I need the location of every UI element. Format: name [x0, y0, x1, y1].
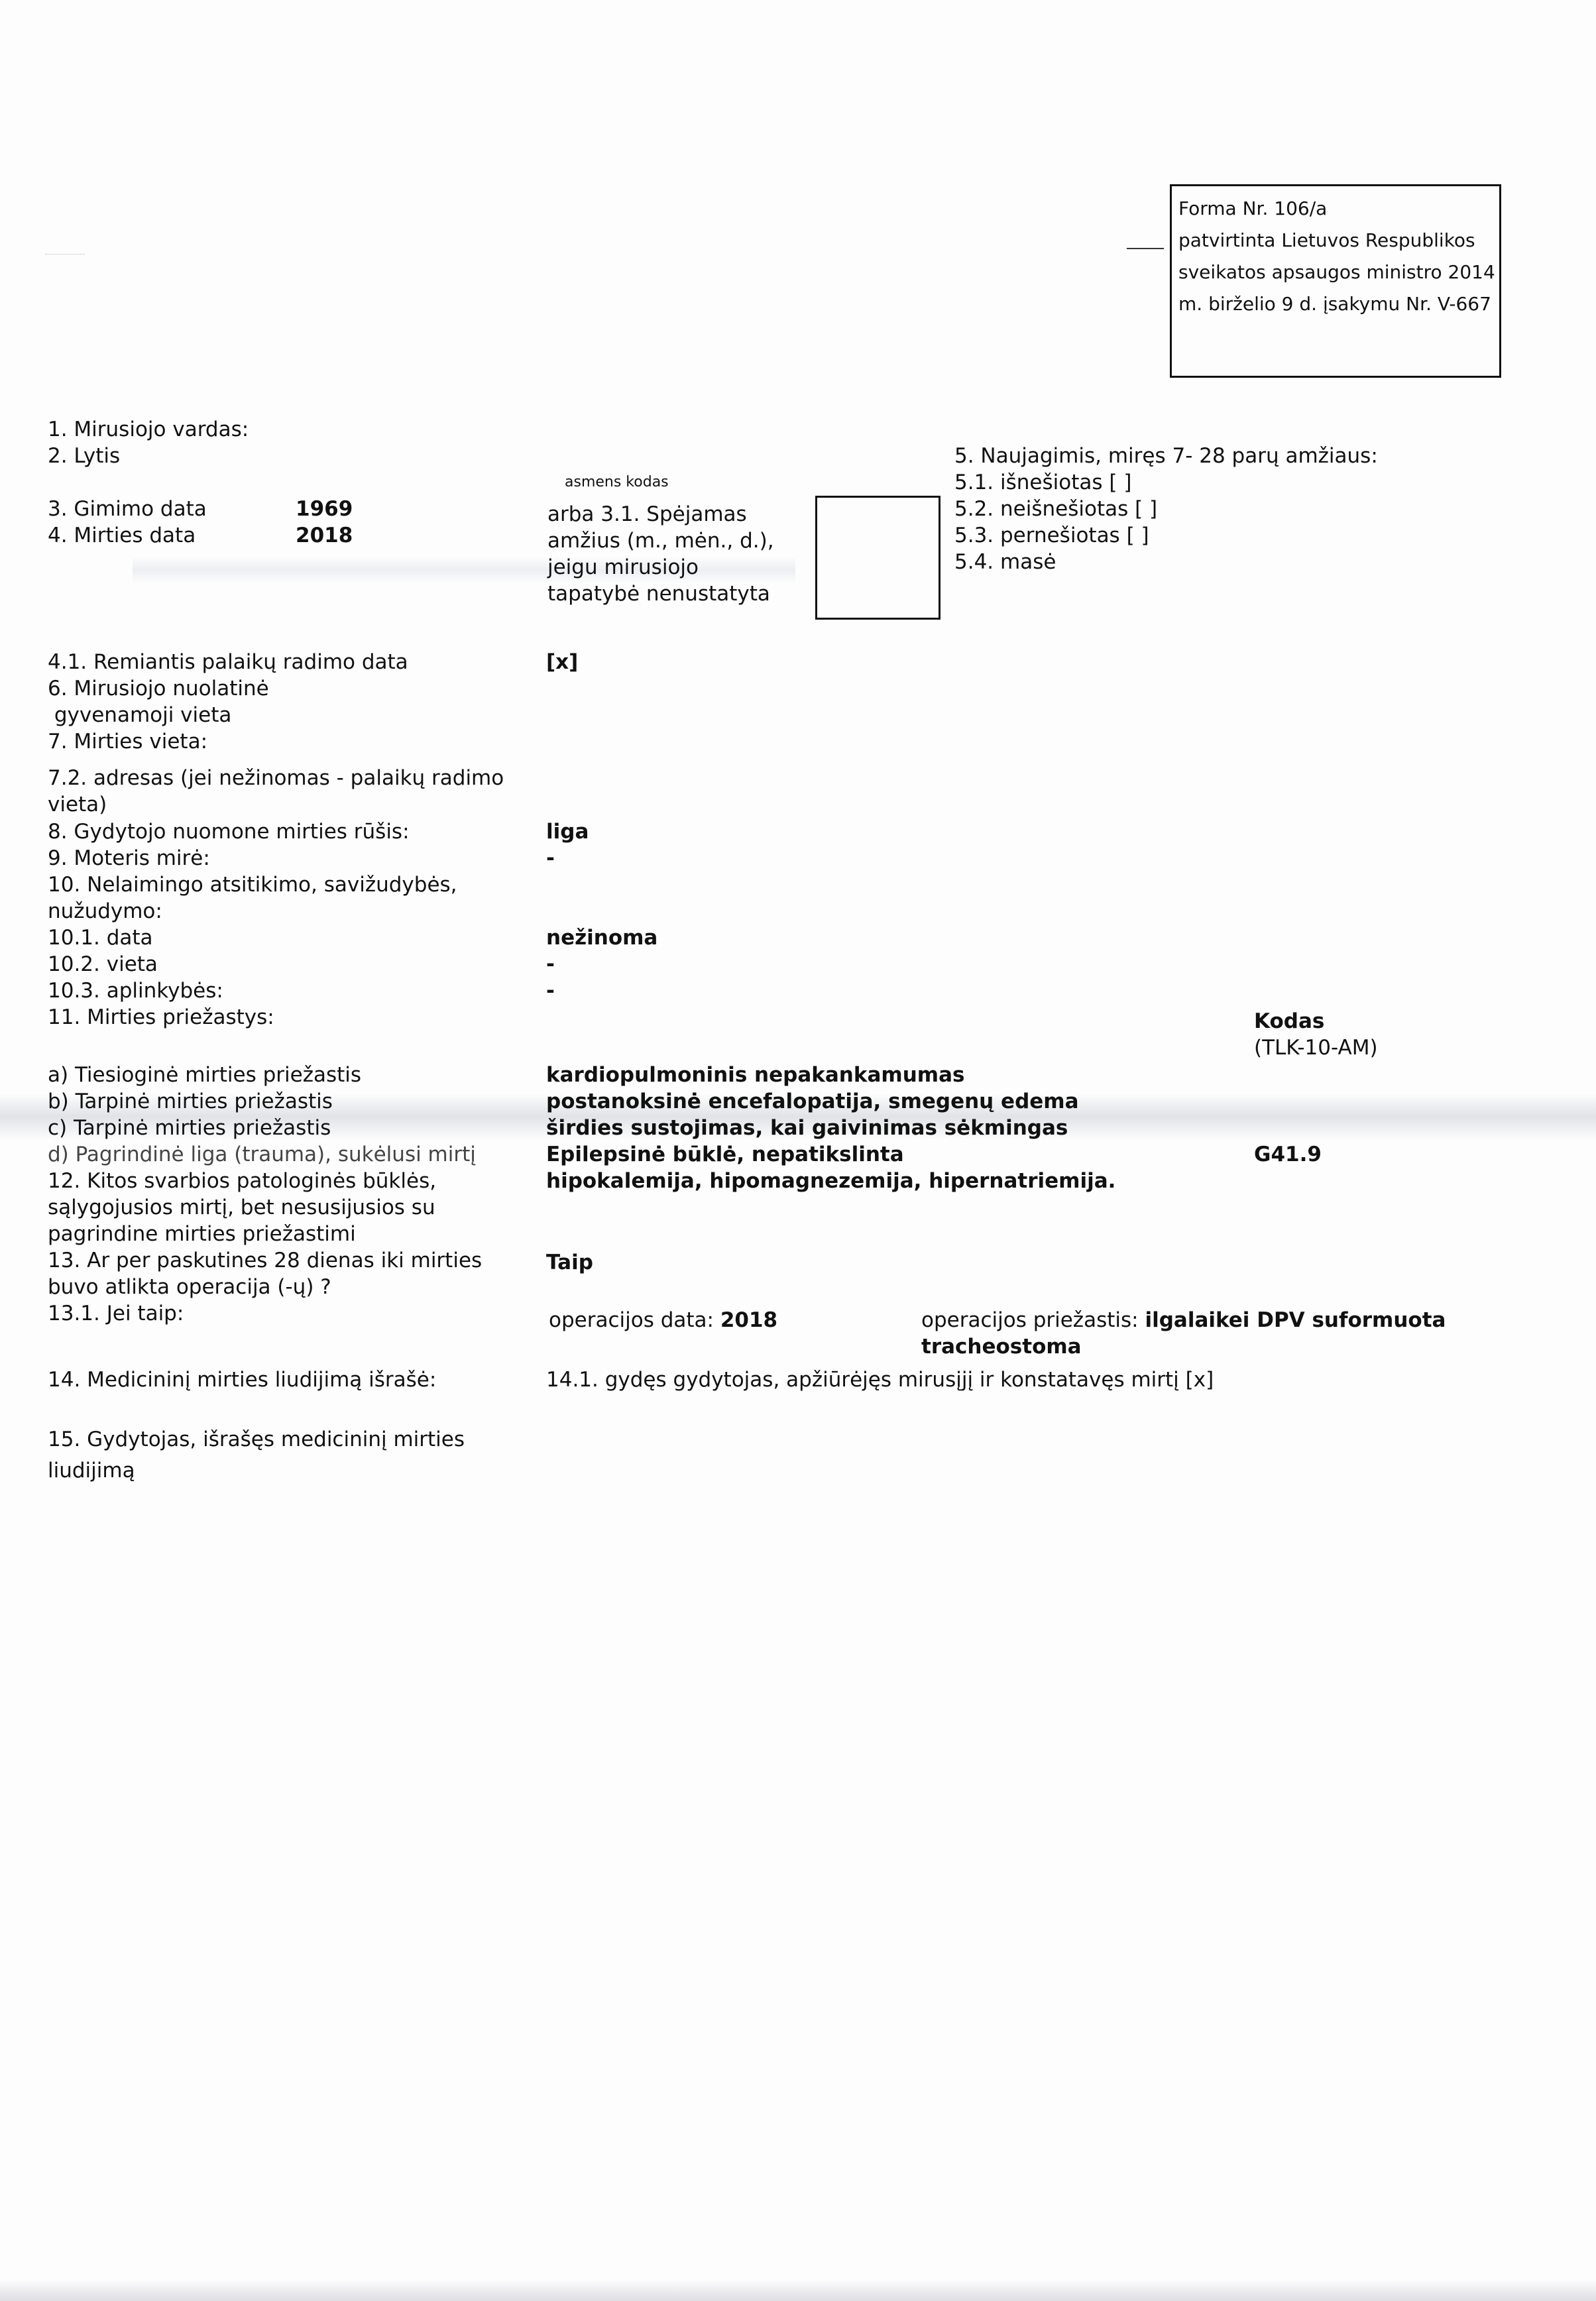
field-other-conditions-label-cont: sąlygojusios mirtį, bet nesusijusios su: [48, 1194, 435, 1221]
form-approval-box: Forma Nr. 106/a patvirtinta Lietuvos Res…: [1170, 184, 1501, 378]
field-circumstances-value: -: [546, 978, 555, 1004]
cause-b-label: b) Tarpinė mirties priežastis: [48, 1088, 333, 1115]
estimated-age-line: jeigu mirusiojo: [547, 554, 699, 581]
field-death-type-label: 8. Gydytojo nuomone mirties rūšis:: [48, 818, 410, 845]
scan-edge: [0, 2280, 1596, 2301]
operation-reason-label: operacijos priežastis:: [921, 1308, 1145, 1332]
field-accident-date-label: 10.1. data: [48, 925, 153, 951]
cause-d-code: G41.9: [1254, 1141, 1322, 1168]
cause-b-value: postanoksinė encefalopatija, smegenų ede…: [546, 1088, 1079, 1115]
estimated-age-box: [815, 496, 940, 620]
field-other-conditions-label: 12. Kitos svarbios patologinės būklės,: [48, 1168, 436, 1194]
newborn-title: 5. Naujagimis, miręs 7- 28 parų amžiaus:: [954, 443, 1378, 469]
code-column-subtitle: (TLK-10-AM): [1254, 1035, 1378, 1061]
field-death-date-label: 4. Mirties data: [48, 522, 196, 549]
operation-date-label: operacijos data:: [549, 1308, 720, 1332]
field-operation-label: 13. Ar per paskutines 28 dienas iki mirt…: [48, 1247, 482, 1274]
operation-reason: operacijos priežastis: ilgalaikei DPV su…: [921, 1307, 1446, 1333]
code-column-title: Kodas: [1254, 1008, 1324, 1035]
field-physician-label: 15. Gydytojas, išrašęs medicininį mirtie…: [48, 1426, 465, 1453]
field-woman-died-value: -: [546, 845, 555, 871]
estimated-age-line: amžius (m., mėn., d.),: [547, 528, 774, 554]
field-remains-date-value: [x]: [546, 649, 578, 675]
cause-a-label: a) Tiesioginė mirties priežastis: [48, 1062, 361, 1088]
operation-reason-value: ilgalaikei DPV suformuota: [1145, 1308, 1446, 1332]
field-death-date-value: 2018: [296, 522, 353, 549]
stamp-connector-line: [1127, 248, 1164, 249]
field-other-conditions-value: hipokalemija, hipomagnezemija, hipernatr…: [546, 1168, 1115, 1194]
newborn-option-preterm: 5.2. neišnešiotas [ ]: [954, 496, 1157, 522]
field-death-type-value: liga: [546, 818, 589, 845]
field-certificate-issuer-value: 14.1. gydęs gydytojas, apžiūrėjęs mirusį…: [546, 1367, 1214, 1393]
field-other-conditions-label-cont: pagrindine mirties priežastimi: [48, 1221, 356, 1247]
field-accident-label: 10. Nelaimingo atsitikimo, savižudybės,: [48, 871, 457, 898]
cause-c-label: c) Tarpinė mirties priežastis: [48, 1115, 331, 1141]
field-certificate-issuer-label: 14. Medicininį mirties liudijimą išrašė:: [48, 1367, 436, 1393]
estimated-age-line: tapatybė nenustatyta: [547, 581, 770, 607]
stamp-line: sveikatos apsaugos ministro 2014: [1178, 256, 1499, 288]
field-circumstances-label: 10.3. aplinkybės:: [48, 978, 223, 1004]
cause-a-value: kardiopulmoninis nepakankamumas: [546, 1062, 964, 1088]
field-remains-date-label: 4.1. Remiantis palaikų radimo data: [48, 649, 408, 675]
estimated-age-line: arba 3.1. Spėjamas: [547, 501, 747, 528]
field-residence-label: 6. Mirusiojo nuolatinė: [48, 675, 269, 702]
field-woman-died-label: 9. Moteris mirė:: [48, 845, 210, 871]
field-operation-value: Taip: [546, 1249, 593, 1276]
operation-date-value: 2018: [720, 1308, 777, 1332]
newborn-option-postterm: 5.3. pernešiotas [ ]: [954, 522, 1149, 549]
field-birth-date-value: 1969: [296, 496, 353, 522]
operation-reason-value-cont: tracheostoma: [921, 1333, 1082, 1360]
field-accident-date-value: nežinoma: [546, 925, 657, 951]
stamp-line: Forma Nr. 106/a: [1178, 193, 1499, 225]
field-birth-date-label: 3. Gimimo data: [48, 496, 207, 522]
field-address-label-cont: vieta): [48, 791, 107, 818]
field-accident-place-value: -: [546, 951, 555, 978]
field-sex-label: 2. Lytis: [48, 443, 120, 469]
field-if-yes-label: 13.1. Jei taip:: [48, 1300, 184, 1327]
field-accident-place-label: 10.2. vieta: [48, 951, 158, 978]
scan-mark: [45, 254, 85, 254]
operation-date: operacijos data: 2018: [549, 1307, 777, 1333]
cause-c-value: širdies sustojimas, kai gaivinimas sėkmi…: [546, 1115, 1068, 1141]
newborn-weight: 5.4. masė: [954, 549, 1056, 575]
field-deceased-name-label: 1. Mirusiojo vardas:: [48, 416, 249, 443]
stamp-line: patvirtinta Lietuvos Respublikos: [1178, 225, 1499, 256]
stamp-line: m. birželio 9 d. įsakymu Nr. V-667: [1178, 288, 1499, 320]
field-physician-label-cont: liudijimą: [48, 1457, 135, 1484]
personal-code-label: asmens kodas: [565, 469, 669, 496]
field-residence-label-cont: gyvenamoji vieta: [48, 702, 231, 728]
field-address-label: 7.2. adresas (jei nežinomas - palaikų ra…: [48, 765, 504, 791]
field-death-place-label: 7. Mirties vieta:: [48, 728, 207, 755]
cause-d-value: Epilepsinė būklė, nepatikslinta: [546, 1141, 904, 1168]
field-causes-label: 11. Mirties priežastys:: [48, 1004, 274, 1031]
newborn-option-fullterm: 5.1. išnešiotas [ ]: [954, 469, 1131, 496]
field-accident-label-cont: nužudymo:: [48, 898, 162, 925]
field-operation-label-cont: buvo atlikta operacija (-ų) ?: [48, 1274, 331, 1300]
cause-d-label: d) Pagrindinė liga (trauma), sukėlusi mi…: [48, 1141, 476, 1168]
